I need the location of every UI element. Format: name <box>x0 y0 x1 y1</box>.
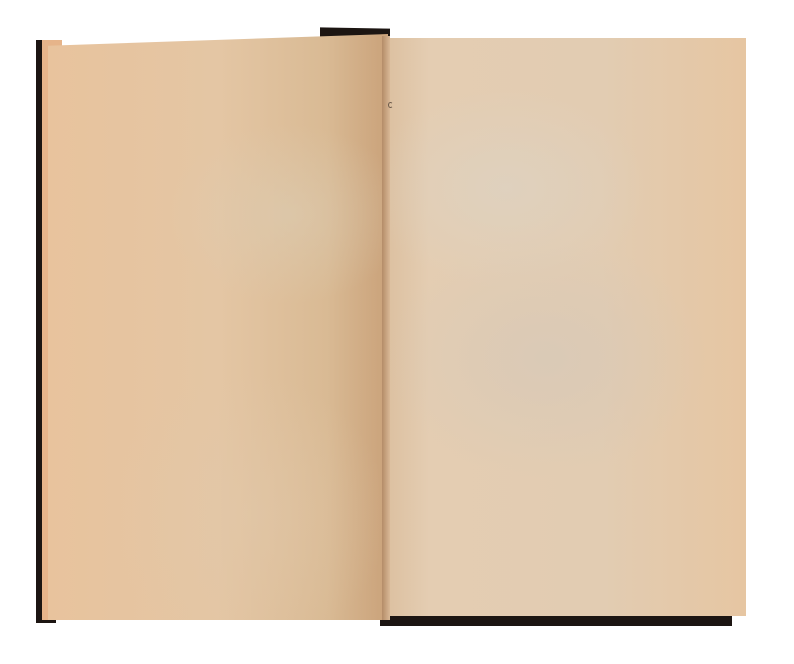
right-page <box>386 38 746 616</box>
open-book-photo <box>0 0 794 664</box>
left-page <box>48 34 388 620</box>
book-gutter <box>382 36 390 620</box>
page-blemish <box>388 102 393 108</box>
